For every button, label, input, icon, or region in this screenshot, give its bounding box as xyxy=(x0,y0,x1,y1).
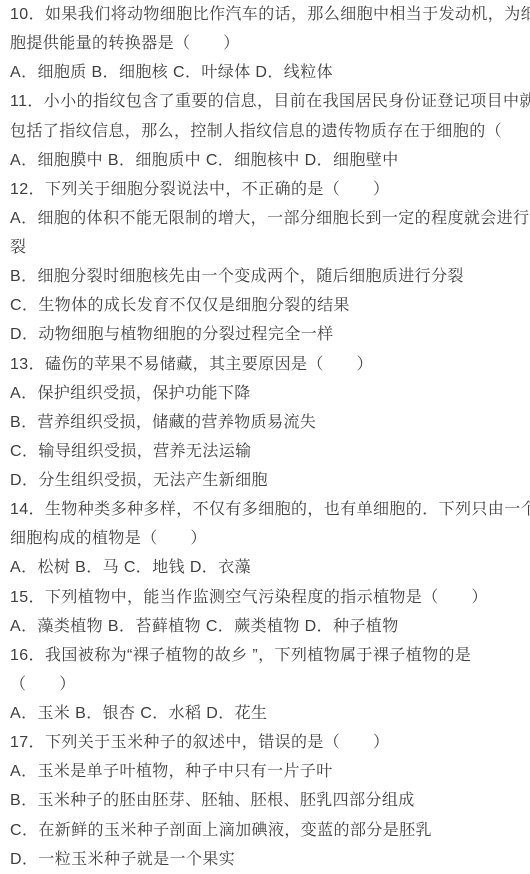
question-block-12: 12．下列关于细胞分裂说法中，不正确的是（ ） A．细胞的体积不能无限制的增大，… xyxy=(10,175,520,350)
options-line: A．细胞膜中 B．细胞质中 C．细胞核中 D．细胞壁中 xyxy=(10,146,520,175)
options-line: A．玉米 B．银杏 C．水稻 D．花生 xyxy=(10,699,520,728)
option-line-a: A．保护组织受损，保护功能下降 xyxy=(10,379,520,408)
question-stem-line: 10．如果我们将动物细胞比作汽车的话，那么细胞中相当于发动机，为细 xyxy=(10,0,520,29)
question-stem-line: 15．下列植物中，能当作监测空气污染程度的指示植物是（ ） xyxy=(10,583,520,612)
option-line-c: C．生物体的成长发育不仅仅是细胞分裂的结果 xyxy=(10,291,520,320)
question-block-10: 10．如果我们将动物细胞比作汽车的话，那么细胞中相当于发动机，为细 胞提供能量的… xyxy=(10,0,520,87)
question-block-17: 17．下列关于玉米种子的叙述中，错误的是（ ） A．玉米是单子叶植物，种子中只有… xyxy=(10,728,520,874)
question-stem-line: 14．生物种类多种多样，不仅有多细胞的，也有单细胞的．下列只由一个 xyxy=(10,495,520,524)
option-line-d: D．一粒玉米种子就是一个果实 xyxy=(10,845,520,874)
option-line-a: A．细胞的体积不能无限制的增大，一部分细胞长到一定的程度就会进行分 xyxy=(10,204,520,233)
question-block-11: 11．小小的指纹包含了重要的信息，目前在我国居民身份证登记项目中就 包括了指纹信… xyxy=(10,87,520,174)
question-block-14: 14．生物种类多种多样，不仅有多细胞的，也有单细胞的．下列只由一个 细胞构成的植… xyxy=(10,495,520,582)
option-line-c: C．在新鲜的玉米种子剖面上滴加碘液，变蓝的部分是胚乳 xyxy=(10,816,520,845)
question-stem-continuation: 胞提供能量的转换器是（ ） xyxy=(10,29,520,58)
question-block-16: 16．我国被称为“裸子植物的故乡 ”，下列植物属于裸子植物的是 （ ） A．玉米… xyxy=(10,641,520,728)
option-line-a: A．玉米是单子叶植物，种子中只有一片子叶 xyxy=(10,757,520,786)
option-line-a-continuation: 裂 xyxy=(10,233,520,262)
exam-document: 10．如果我们将动物细胞比作汽车的话，那么细胞中相当于发动机，为细 胞提供能量的… xyxy=(0,0,530,874)
question-block-15: 15．下列植物中，能当作监测空气污染程度的指示植物是（ ） A．藻类植物 B．苔… xyxy=(10,583,520,641)
option-line-d: D．分生组织受损，无法产生新细胞 xyxy=(10,466,520,495)
question-stem-continuation: 细胞构成的植物是（ ） xyxy=(10,524,520,553)
option-line-d: D．动物细胞与植物细胞的分裂过程完全一样 xyxy=(10,320,520,349)
option-line-b: B．营养组织受损，储藏的营养物质易流失 xyxy=(10,408,520,437)
option-line-b: B．玉米种子的胚由胚芽、胚轴、胚根、胚乳四部分组成 xyxy=(10,786,520,815)
question-stem-line: 13．磕伤的苹果不易储藏，其主要原因是（ ） xyxy=(10,350,520,379)
question-stem-line: 11．小小的指纹包含了重要的信息，目前在我国居民身份证登记项目中就 xyxy=(10,87,520,116)
question-stem-continuation: （ ） xyxy=(10,670,520,699)
options-line: A．细胞质 B．细胞核 C．叶绿体 D．线粒体 xyxy=(10,58,520,87)
options-line: A．藻类植物 B．苔藓植物 C．蕨类植物 D．种子植物 xyxy=(10,612,520,641)
options-line: A．松树 B．马 C．地钱 D．衣藻 xyxy=(10,553,520,582)
option-line-c: C．输导组织受损，营养无法运输 xyxy=(10,437,520,466)
question-stem-line: 16．我国被称为“裸子植物的故乡 ”，下列植物属于裸子植物的是 xyxy=(10,641,520,670)
question-stem-continuation: 包括了指纹信息，那么，控制人指纹信息的遗传物质存在于细胞的（ ） xyxy=(10,117,520,146)
question-block-13: 13．磕伤的苹果不易储藏，其主要原因是（ ） A．保护组织受损，保护功能下降 B… xyxy=(10,350,520,496)
option-line-b: B．细胞分裂时细胞核先由一个变成两个，随后细胞质进行分裂 xyxy=(10,262,520,291)
question-stem-line: 17．下列关于玉米种子的叙述中，错误的是（ ） xyxy=(10,728,520,757)
question-stem-line: 12．下列关于细胞分裂说法中，不正确的是（ ） xyxy=(10,175,520,204)
